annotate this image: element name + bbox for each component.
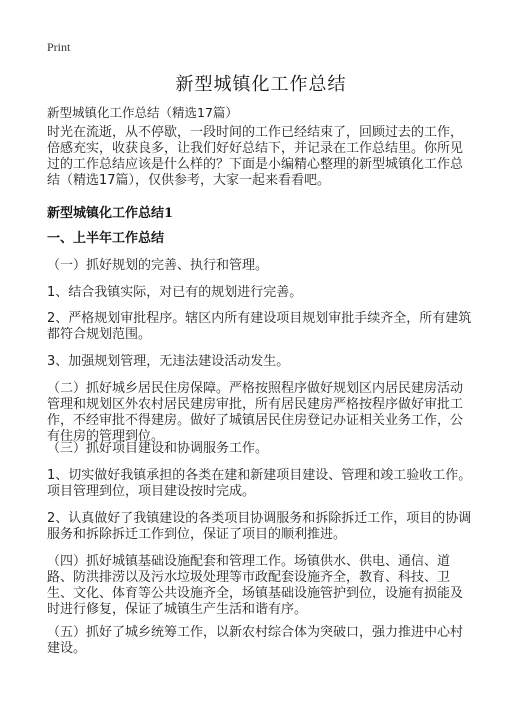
section-heading: 新型城镇化工作总结1 bbox=[47, 206, 475, 222]
paragraph: （三）抓好项目建设和协调服务工作。 bbox=[47, 441, 475, 457]
paragraph: （五）抓好了城乡统筹工作，以新农村综合体为突破口，强力推进中心村建设。 bbox=[47, 625, 475, 657]
paragraph: 1、切实做好我镇承担的各类在建和新建项目建设、管理和竣工验收工作。项目管理到位，… bbox=[47, 468, 475, 500]
document-subtitle: 新型城镇化工作总结（精选17篇） bbox=[47, 103, 238, 121]
paragraph: 3、加强规划管理，无违法建设活动发生。 bbox=[47, 354, 475, 370]
document-title: 新型城镇化工作总结 bbox=[47, 70, 475, 96]
paragraph: （四）抓好城镇基础设施配套和管理工作。场镇供水、供电、通信、道路、防洪排涝以及污… bbox=[47, 554, 475, 618]
paragraph: 2、严格规划审批程序。辖区内所有建设项目规划审批手续齐全，所有建筑都符合规划范围… bbox=[47, 311, 475, 343]
paragraph: （二）抓好城乡居民住房保障。严格按照程序做好规划区内居民建房活动管理和规划区外农… bbox=[47, 381, 475, 445]
paragraph: 2、认真做好了我镇建设的各类项目协调服务和拆除拆迁工作，项目的协调服务和拆除拆迁… bbox=[47, 511, 475, 543]
intro-paragraph: 时光在流逝，从不停歇，一段时间的工作已经结束了，回顾过去的工作，倍感充实，收获良… bbox=[47, 125, 475, 189]
paragraph: 1、结合我镇实际，对已有的规划进行完善。 bbox=[47, 285, 475, 301]
print-link[interactable]: Print bbox=[47, 40, 70, 55]
part-heading: 一、上半年工作总结 bbox=[47, 231, 475, 247]
paragraph: （一）抓好规划的完善、执行和管理。 bbox=[47, 258, 475, 274]
